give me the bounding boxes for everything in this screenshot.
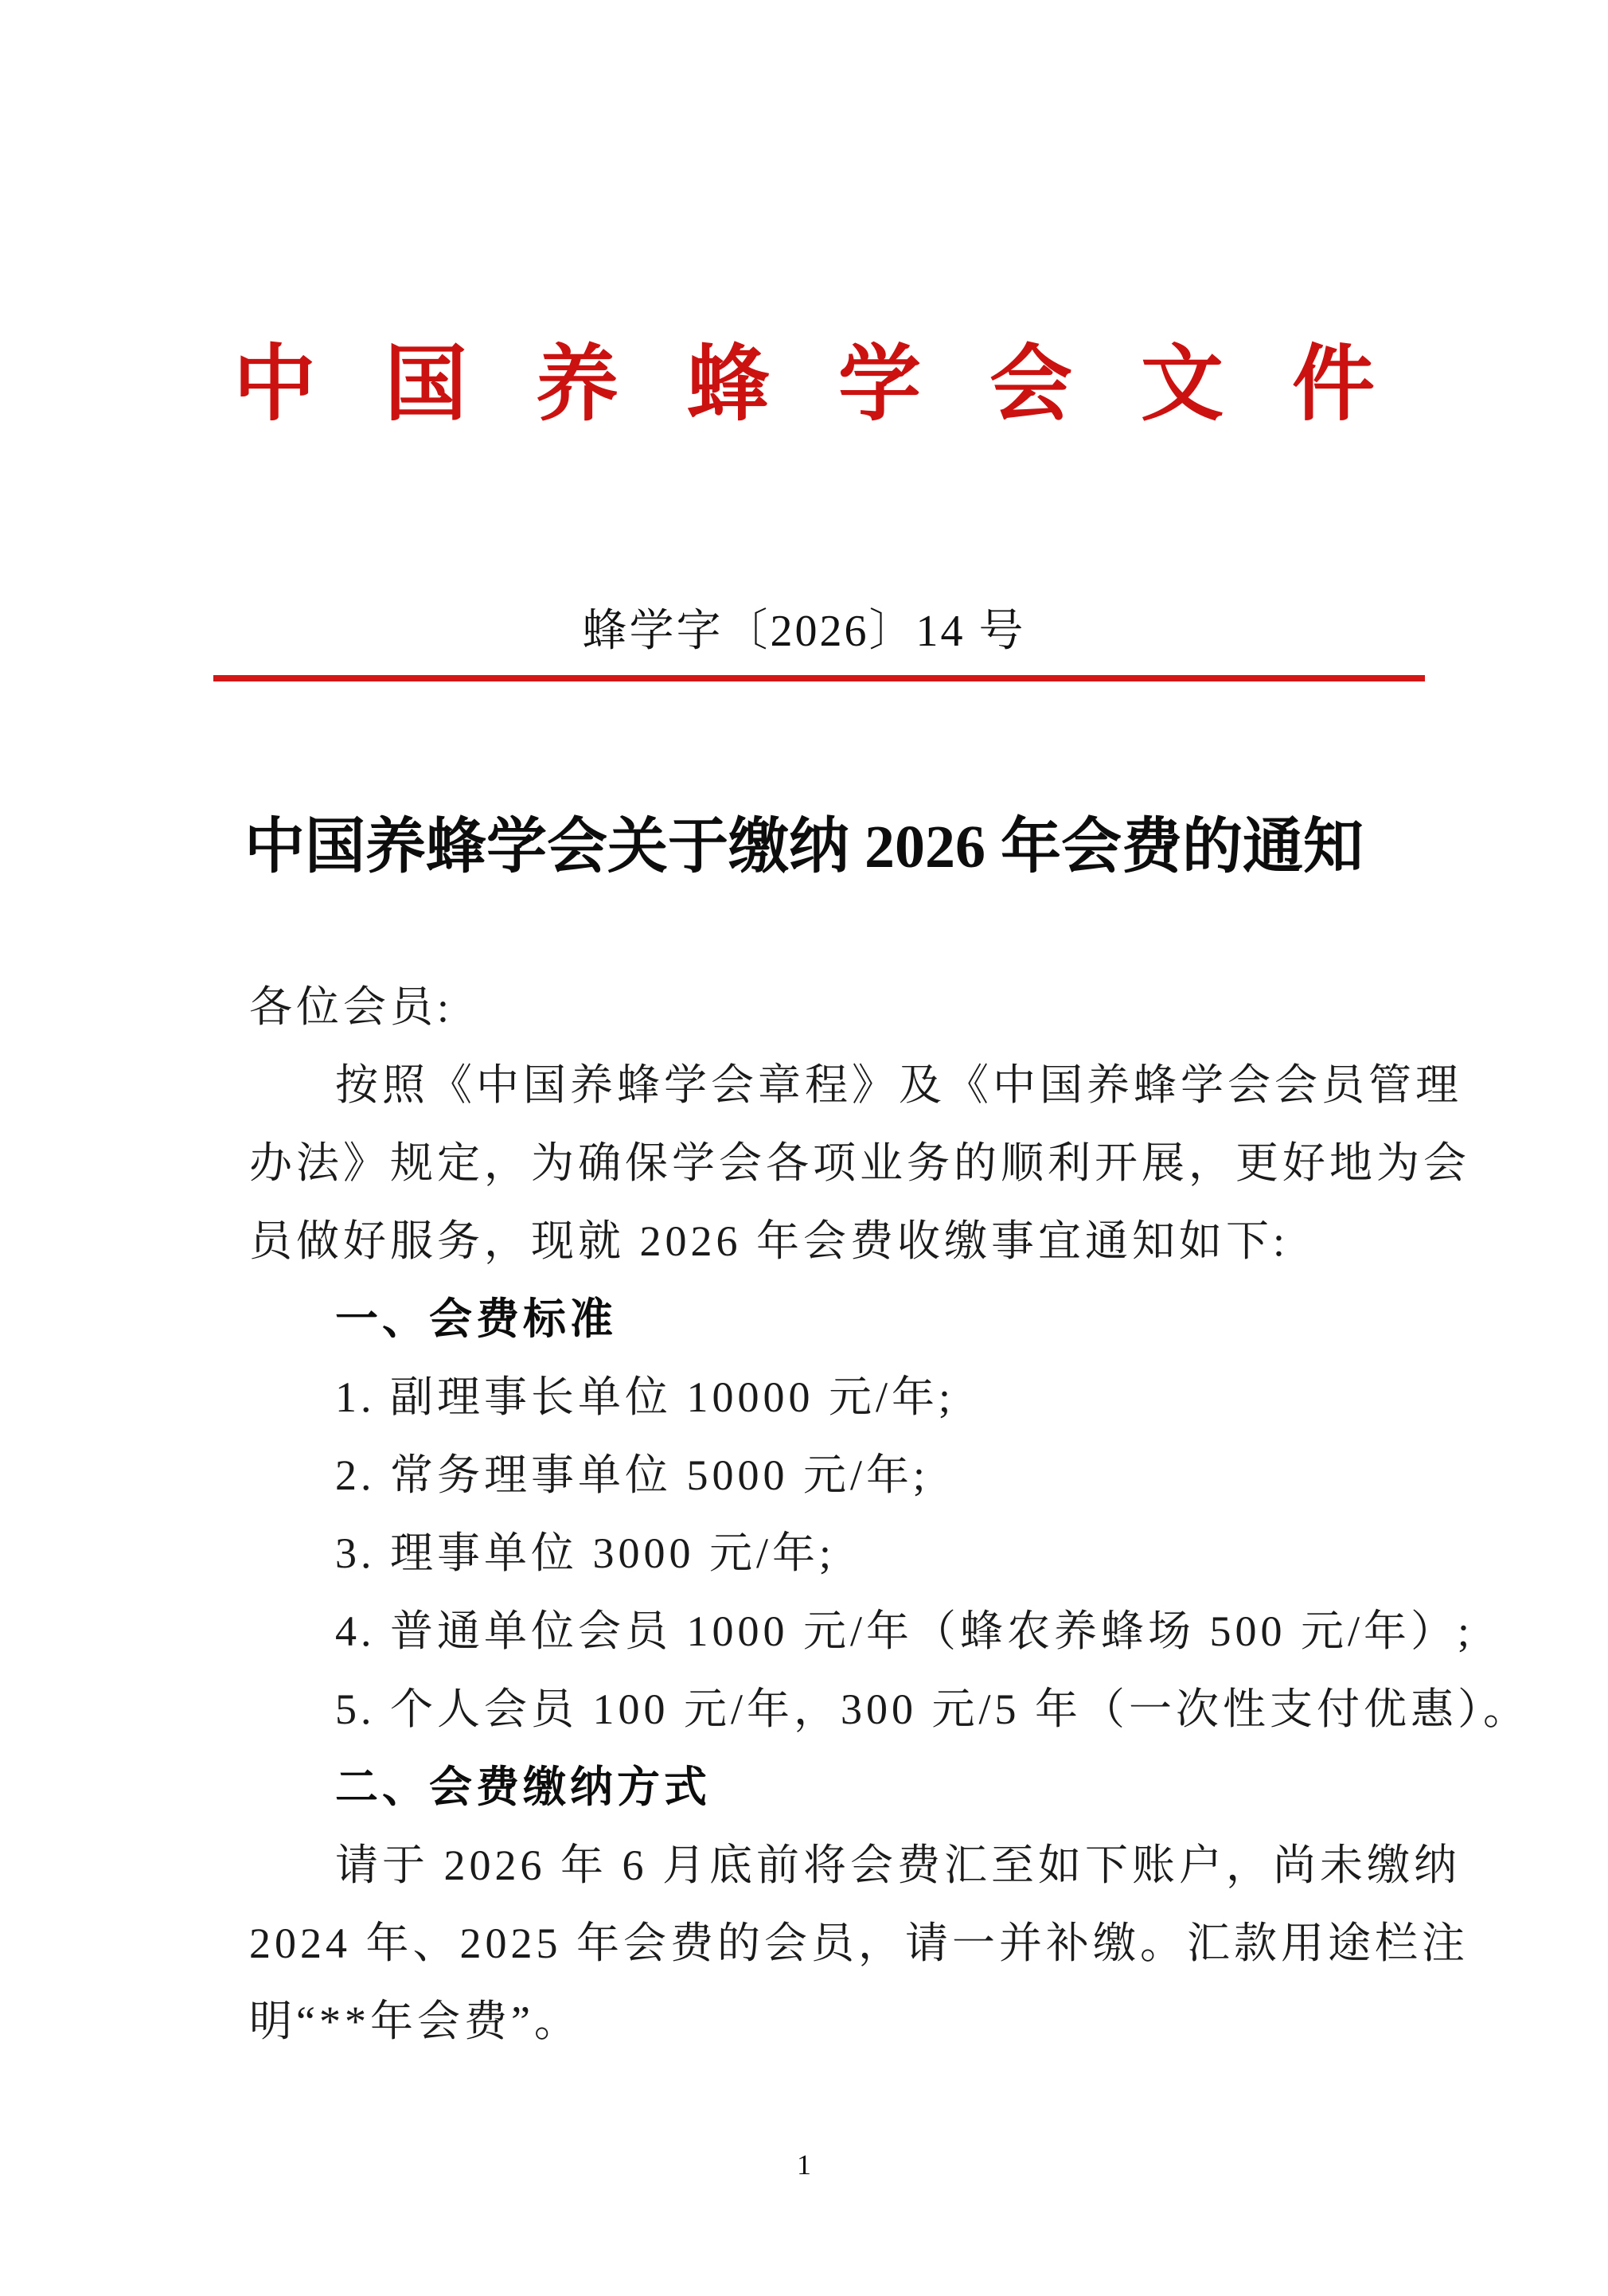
- scanned-document-page: 中国养蜂学会文件 蜂学字〔2026〕14 号 中国养蜂学会关于缴纳 2026 年…: [0, 0, 1608, 2296]
- section-2-heading: 二、会费缴纳方式: [249, 1748, 1387, 1826]
- fee-item-1: 1. 副理事长单位 10000 元/年;: [249, 1358, 1387, 1436]
- document-reference-number: 蜂学字〔2026〕14 号: [0, 595, 1608, 659]
- letterhead-divider-rule: [213, 675, 1425, 681]
- payment-line-1: 请于 2026 年 6 月底前将会费汇至如下账户，尚未缴纳: [249, 1826, 1387, 1904]
- fee-item-2: 2. 常务理事单位 5000 元/年;: [249, 1436, 1387, 1514]
- page-number: 1: [0, 2148, 1608, 2181]
- intro-line-2: 办法》规定，为确保学会各项业务的顺利开展，更好地为会: [249, 1124, 1387, 1202]
- fee-item-5: 5. 个人会员 100 元/年，300 元/5 年（一次性支付优惠）。: [249, 1670, 1387, 1748]
- payment-line-3: 明“**年会费”。: [249, 1982, 1387, 2060]
- intro-line-3: 员做好服务，现就 2026 年会费收缴事宜通知如下:: [249, 1202, 1387, 1280]
- fee-item-3: 3. 理事单位 3000 元/年;: [249, 1514, 1387, 1592]
- payment-line-2: 2024 年、2025 年会费的会员，请一并补缴。汇款用途栏注: [249, 1904, 1387, 1982]
- intro-line-1: 按照《中国养蜂学会章程》及《中国养蜂学会会员管理: [249, 1046, 1387, 1124]
- letterhead-org-title: 中国养蜂学会文件: [0, 317, 1608, 436]
- notice-title: 中国养蜂学会关于缴纳 2026 年会费的通知: [0, 798, 1608, 884]
- salutation-line: 各位会员:: [249, 968, 1387, 1046]
- section-1-heading: 一、会费标准: [249, 1280, 1387, 1358]
- notice-body: 各位会员: 按照《中国养蜂学会章程》及《中国养蜂学会会员管理 办法》规定，为确保…: [249, 968, 1387, 2060]
- fee-item-4: 4. 普通单位会员 1000 元/年（蜂农养蜂场 500 元/年）;: [249, 1592, 1387, 1670]
